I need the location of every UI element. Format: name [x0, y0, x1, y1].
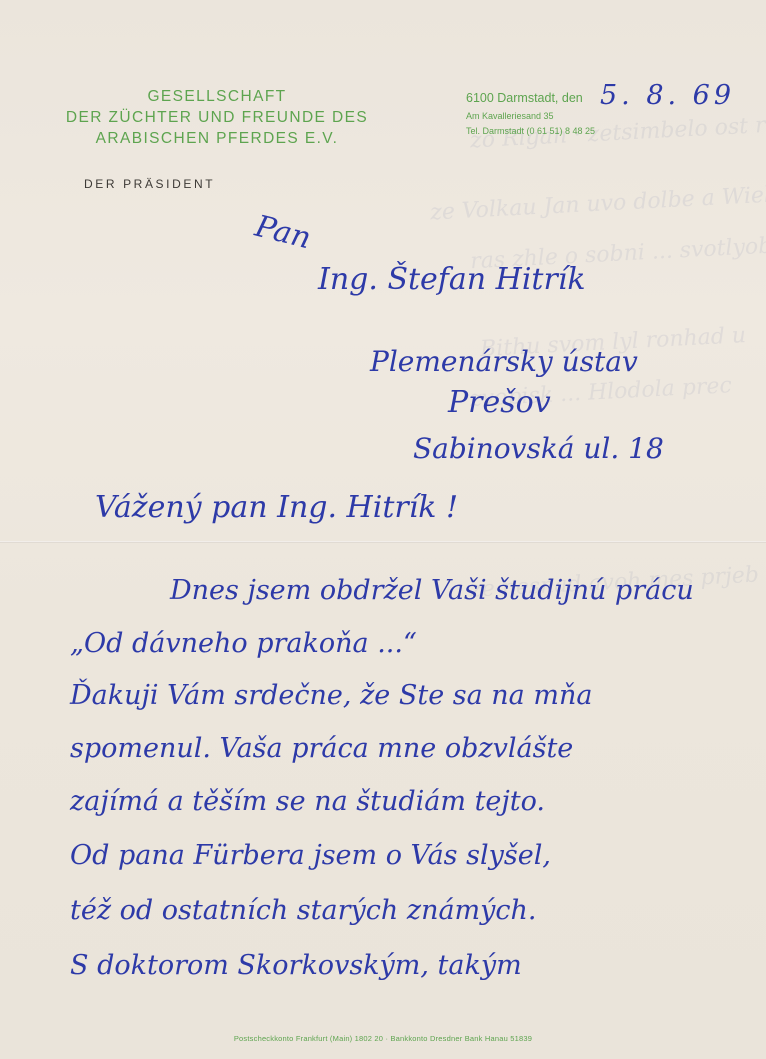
body-line: Ďakuji Vám srdečne, že Ste sa na mňa — [70, 680, 592, 711]
sender-address: 6100 Darmstadt, den Am Kavalleriesand 35… — [466, 90, 595, 139]
phone-number: Tel. Darmstadt (0 61 51) 8 48 25 — [466, 124, 595, 139]
body-line: S doktorom Skorkovským, takým — [70, 950, 522, 981]
body-line: Dnes jsem obdržel Vaši študijnú prácu — [170, 575, 694, 606]
organization-name: GESELLSCHAFT DER ZÜCHTER UND FREUNDE DES… — [52, 86, 382, 149]
body-line: „Od dávneho prakoňa ...“ — [70, 628, 417, 659]
letter-page: zo Rigan · zetsimbelo ost rofi ze Volkau… — [0, 0, 766, 1059]
recipient-street: Sabinovská ul. 18 — [413, 432, 664, 465]
body-line: zajímá a těším se na študiám tejto. — [70, 786, 545, 817]
president-title: DER PRÄSIDENT — [84, 177, 215, 191]
letter-greeting: Vážený pan Ing. Hitrík ! — [95, 490, 458, 525]
body-line: též od ostatních starých známých. — [70, 895, 537, 926]
paper-fold-line — [0, 541, 766, 543]
recipient-salutation: Pan — [252, 209, 315, 257]
body-line: Od pana Fürbera jsem o Vás slyšel, — [70, 840, 551, 871]
bank-info-footer: Postscheckkonto Frankfurt (Main) 1802 20… — [0, 1034, 766, 1043]
street-address: Am Kavalleriesand 35 — [466, 109, 595, 124]
bleed-through-text: ze Volkau Jan uvo dolbe a Wielchovi — [430, 180, 766, 226]
org-line: DER ZÜCHTER UND FREUNDE DES — [52, 107, 382, 128]
org-line: ARABISCHEN PFERDES E.V. — [52, 128, 382, 149]
recipient-city: Prešov — [448, 385, 551, 420]
city-date-label: 6100 Darmstadt, den — [466, 90, 595, 106]
recipient-institution: Plemenársky ústav — [370, 345, 638, 378]
handwritten-date: 5. 8. 69 — [600, 80, 735, 111]
body-line: spomenul. Vaša práca mne obzvlášte — [70, 733, 573, 764]
recipient-name: Ing. Štefan Hitrík — [318, 262, 586, 297]
org-line: GESELLSCHAFT — [52, 86, 382, 107]
